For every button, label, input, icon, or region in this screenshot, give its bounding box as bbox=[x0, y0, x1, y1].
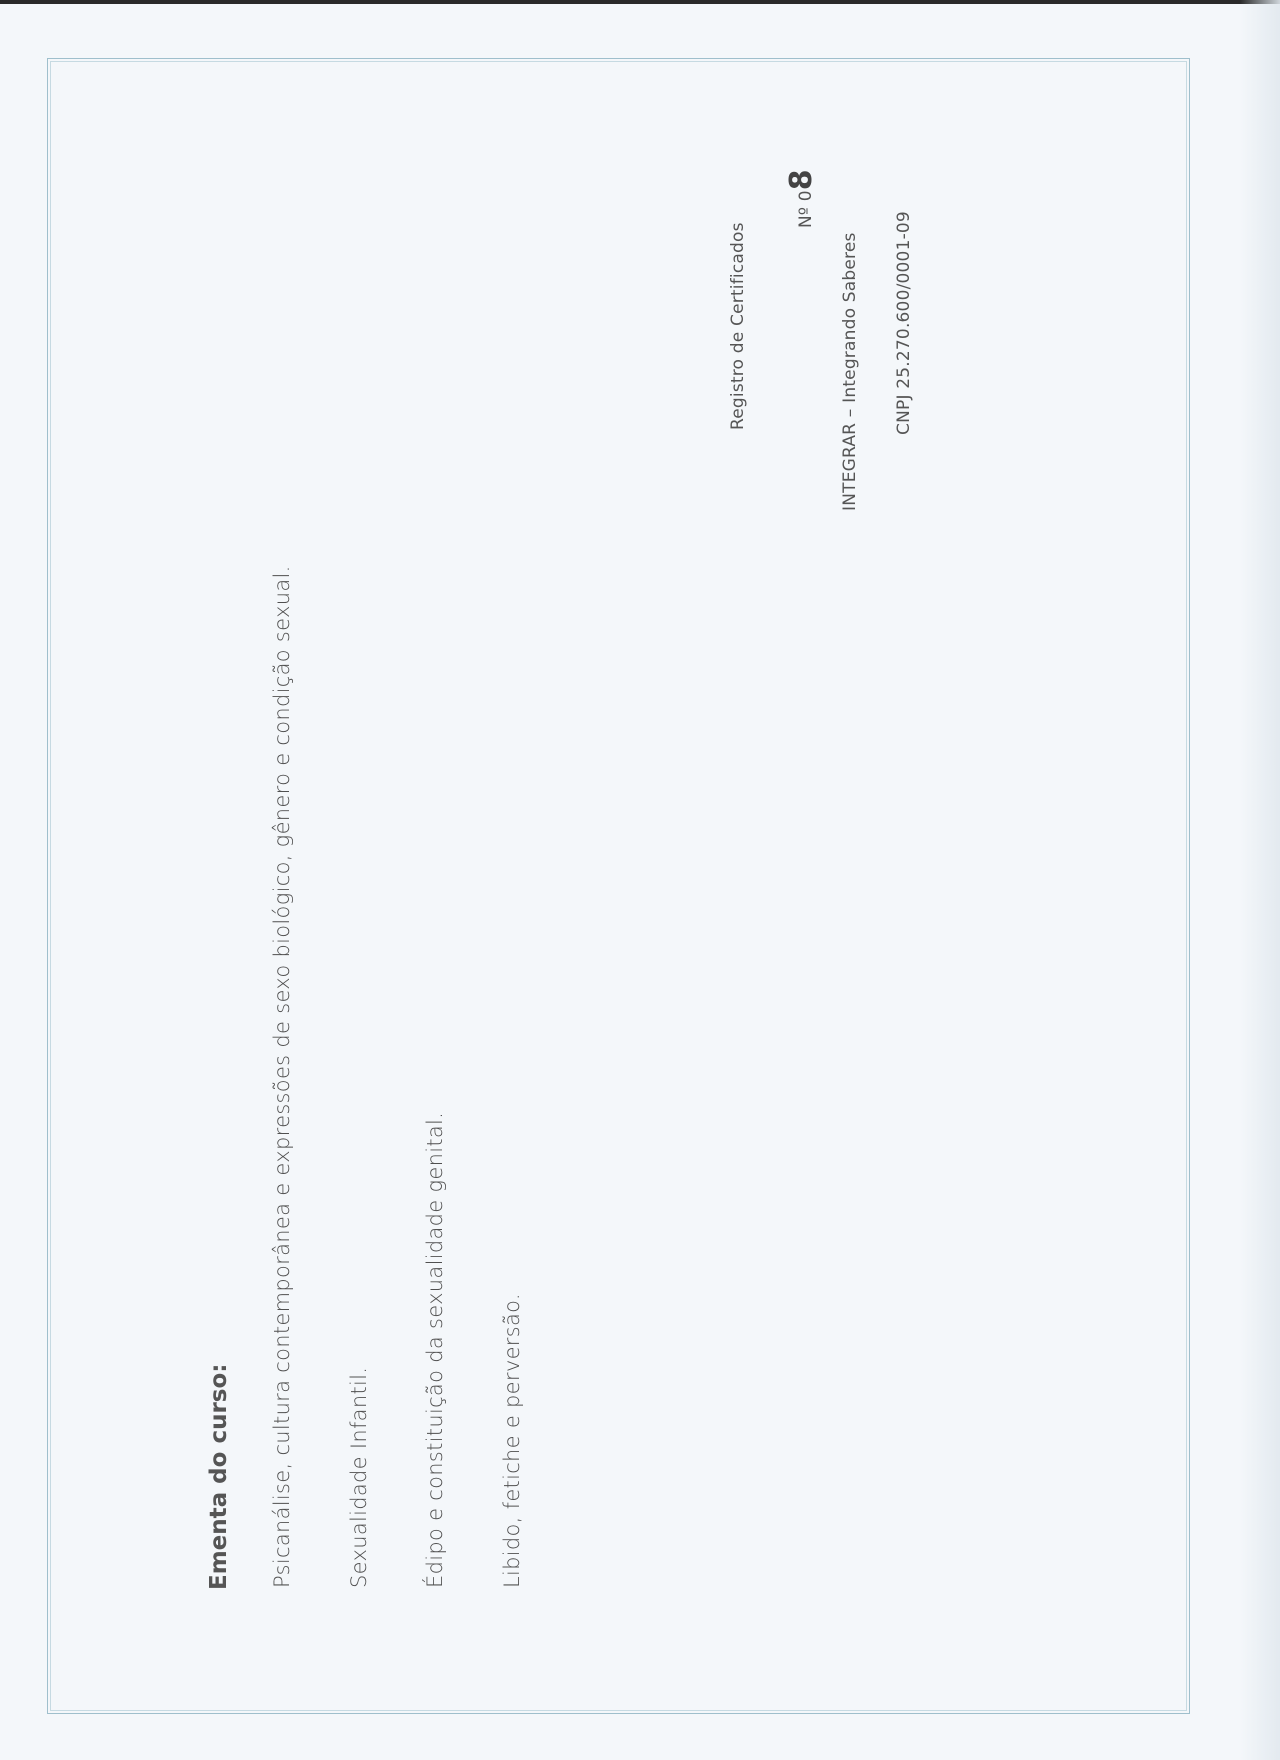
scan-edge bbox=[0, 0, 1280, 4]
registry-number-prefix: Nº 0 bbox=[796, 190, 816, 228]
syllabus-item: Libido, fetiche e perversão. bbox=[500, 1293, 524, 1588]
registry-label: Registro de Certificados bbox=[728, 222, 748, 430]
registry-number-handwritten: 8 bbox=[784, 169, 819, 190]
registry-number: Nº 08 bbox=[784, 169, 819, 228]
syllabus-item: Sexualidade Infantil. bbox=[347, 1367, 371, 1588]
institution-name: INTEGRAR – Integrando Saberes bbox=[840, 232, 860, 511]
syllabus-item: Édipo e constituição da sexualidade geni… bbox=[423, 1112, 447, 1588]
syllabus-title: Ementa do curso: bbox=[206, 1364, 232, 1591]
syllabus-item: Psicanálise, cultura contemporânea e exp… bbox=[270, 565, 294, 1588]
scan-shadow bbox=[1240, 0, 1280, 1760]
cnpj: CNPJ 25.270.600/0001-09 bbox=[894, 211, 914, 435]
